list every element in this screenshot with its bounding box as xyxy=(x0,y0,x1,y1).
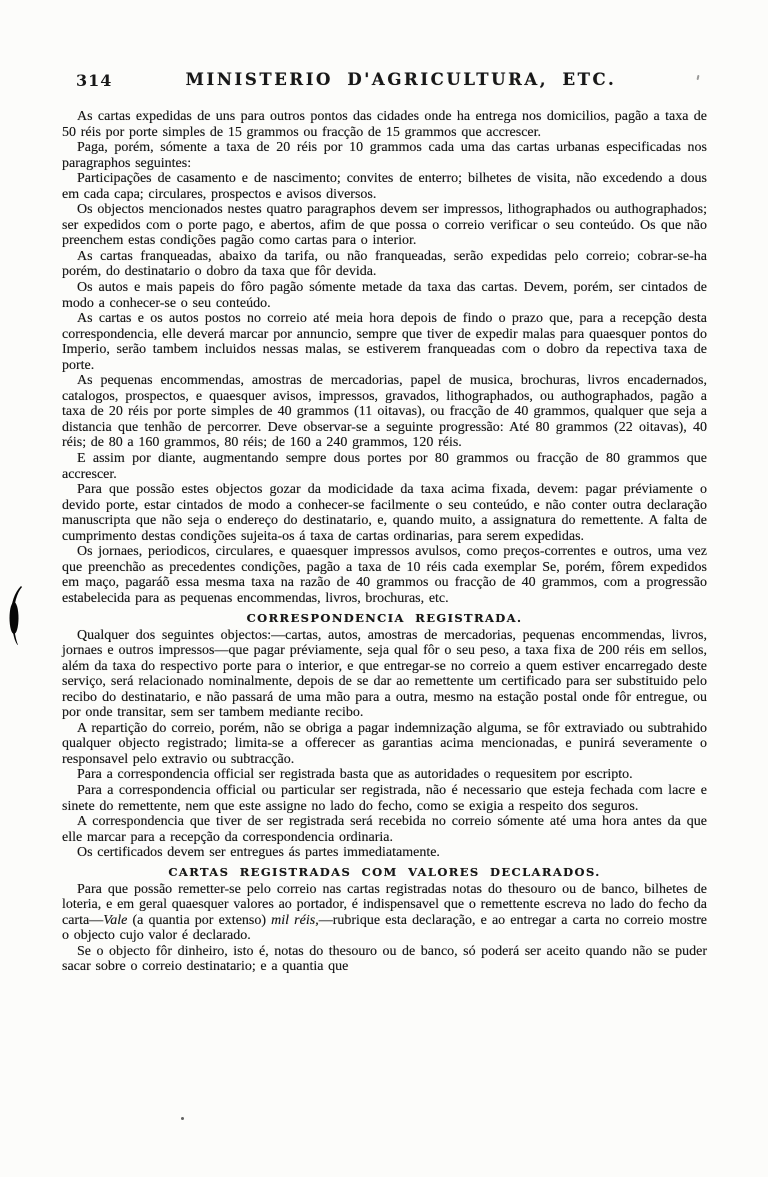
paragraph: Os objectos mencionados nestes quatro pa… xyxy=(62,202,707,249)
paragraph: As cartas franqueadas, abaixo da tarifa,… xyxy=(62,249,707,280)
paragraph: Para a correspondencia official ser regi… xyxy=(62,767,707,783)
running-title: MINISTERIO D'AGRICULTURA, ETC. xyxy=(62,70,706,89)
page-header: 314 MINISTERIO D'AGRICULTURA, ETC. xyxy=(62,70,706,94)
paragraph: A correspondencia que tiver de ser regis… xyxy=(62,814,707,845)
page-number: 314 xyxy=(76,71,112,90)
paragraph: E assim por diante, augmentando sempre d… xyxy=(62,451,707,482)
paragraph: As pequenas encommendas, amostras de mer… xyxy=(62,373,707,451)
paragraph: Para a correspondencia official ou parti… xyxy=(62,783,707,814)
paragraph: A repartição do correio, porém, não se o… xyxy=(62,721,707,768)
scan-speck xyxy=(181,1117,184,1120)
paragraph: Os autos e mais papeis do fôro pagão sóm… xyxy=(62,280,707,311)
paragraph: As cartas e os autos postos no correio a… xyxy=(62,311,707,373)
scanned-page: 314 MINISTERIO D'AGRICULTURA, ETC. As ca… xyxy=(0,0,768,1177)
paragraph: As cartas expedidas de uns para outros p… xyxy=(62,109,707,140)
ink-blot-artifact xyxy=(7,585,25,647)
section-heading: CORRESPONDENCIA REGISTRADA. xyxy=(62,611,707,625)
scan-surface: 314 MINISTERIO D'AGRICULTURA, ETC. As ca… xyxy=(0,0,768,1177)
paragraph: Participações de casamento e de nascimen… xyxy=(62,171,707,202)
paragraph: Os jornaes, periodicos, circulares, e qu… xyxy=(62,544,707,606)
paragraph: Para que possão remetter-se pelo correio… xyxy=(62,882,707,944)
paragraph: Se o objecto fôr dinheiro, isto é, notas… xyxy=(62,944,707,975)
section-heading: CARTAS REGISTRADAS COM VALORES DECLARADO… xyxy=(62,865,707,879)
paragraph: Os certificados devem ser entregues ás p… xyxy=(62,845,707,861)
paragraph: Qualquer dos seguintes objectos:—cartas,… xyxy=(62,628,707,721)
page-body: As cartas expedidas de uns para outros p… xyxy=(62,109,707,975)
paragraph: Paga, porém, sómente a taxa de 20 réis p… xyxy=(62,140,707,171)
paragraph: Para que possão estes objectos gozar da … xyxy=(62,482,707,544)
